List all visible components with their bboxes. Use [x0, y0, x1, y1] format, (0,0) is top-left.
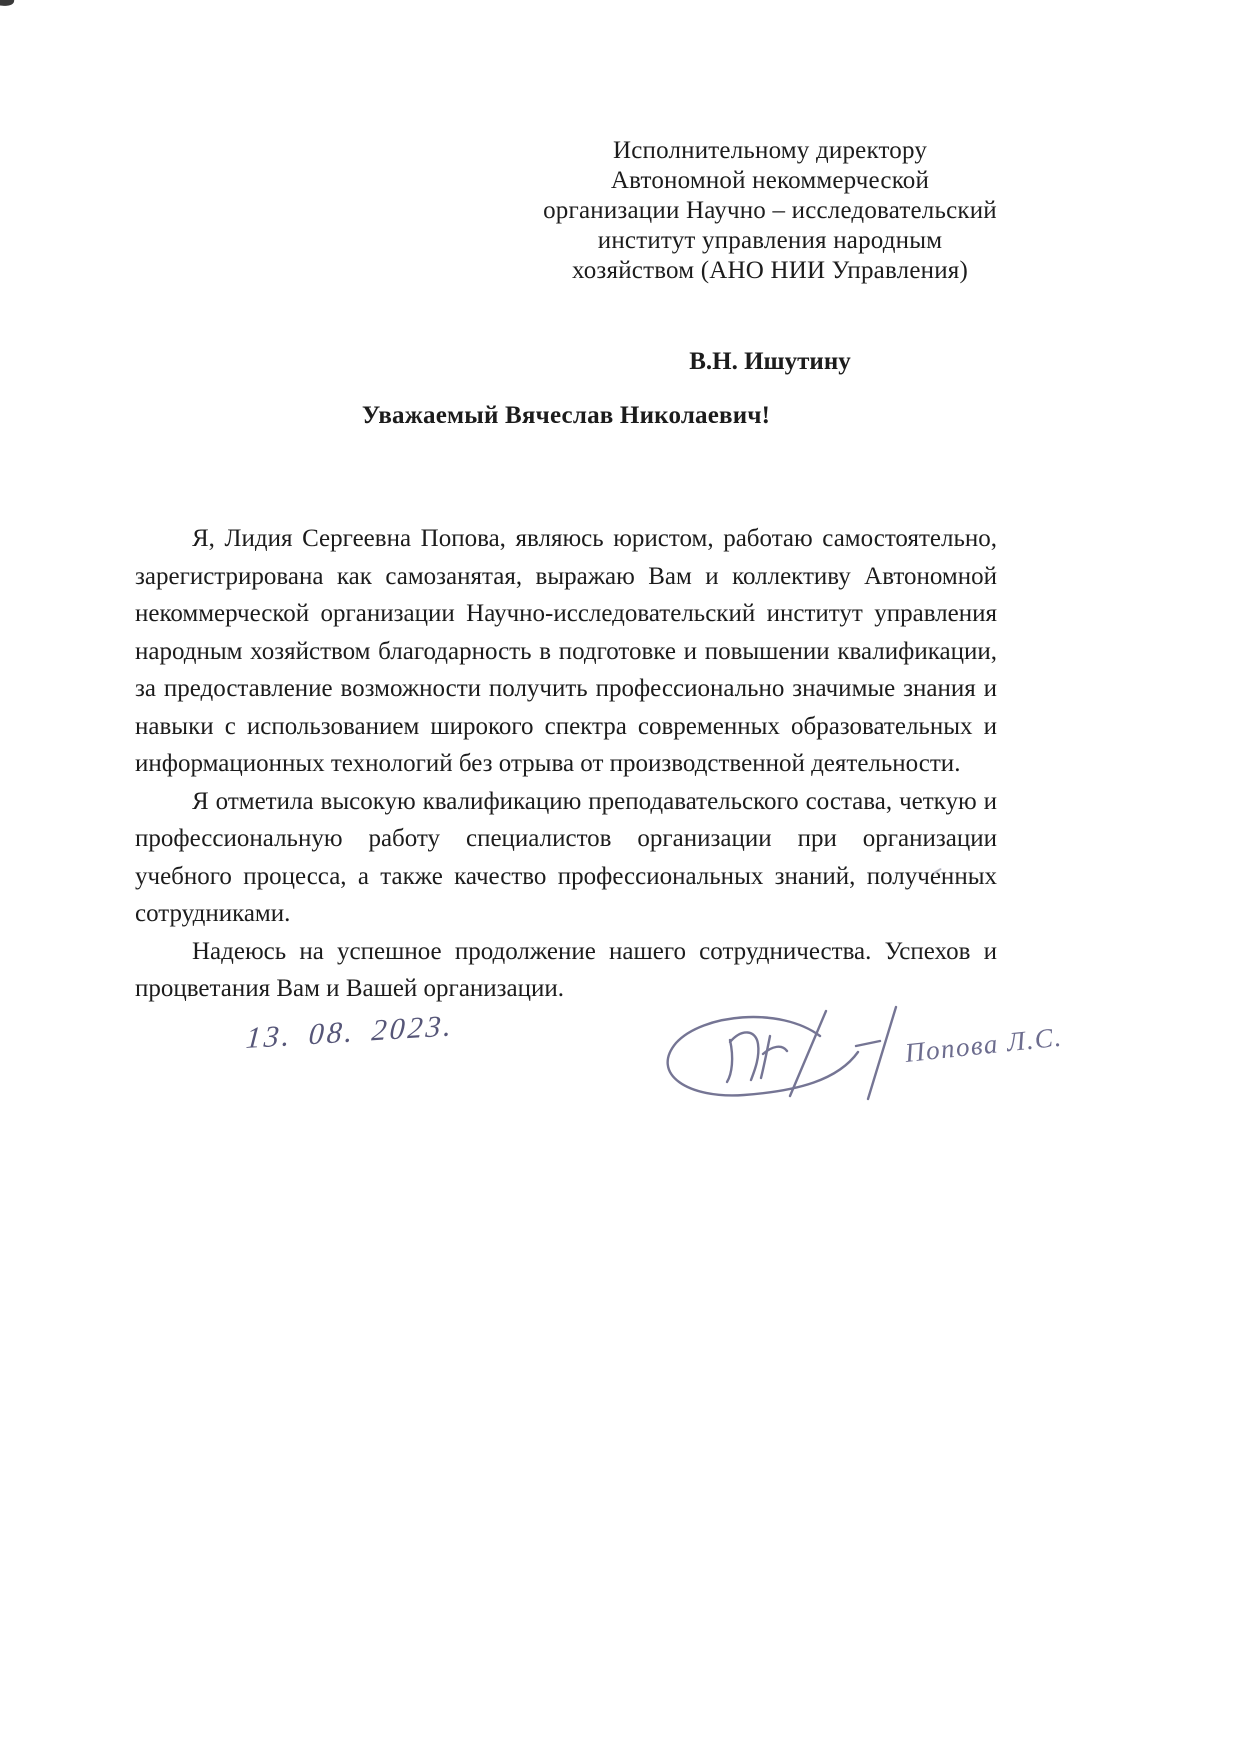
signature-name: Попова Л.С. [902, 1022, 1063, 1068]
signature: Попова Л.С. [630, 998, 1070, 1116]
letter-body: Я, Лидия Сергеевна Попова, являюсь юрист… [135, 520, 997, 1008]
handwritten-date: 13. 08. 2023. [245, 1009, 456, 1056]
salutation: Уважаемый Вячеслав Николаевич! [135, 402, 997, 430]
paragraph-1: Я, Лидия Сергеевна Попова, являюсь юрист… [135, 520, 997, 783]
signature-flourish-icon [668, 1007, 896, 1099]
letter-page: Исполнительному директору Автономной нек… [0, 0, 1240, 1754]
recipient-line: Автономной некоммерческой [540, 166, 1000, 196]
recipient-line: институт управления народным [540, 226, 1000, 256]
addressee-name: В.Н. Ишутину [540, 348, 1000, 376]
scan-artifact-corner [0, 0, 14, 7]
paragraph-3: Надеюсь на успешное продолжение нашего с… [135, 933, 997, 1008]
recipient-line: Исполнительному директору [540, 136, 1000, 166]
recipient-block: Исполнительному директору Автономной нек… [540, 136, 1000, 286]
paragraph-2: Я отметила высокую квалификацию преподав… [135, 783, 997, 933]
recipient-line: организации Научно – исследовательский [540, 196, 1000, 226]
recipient-line: хозяйством (АНО НИИ Управления) [540, 256, 1000, 286]
